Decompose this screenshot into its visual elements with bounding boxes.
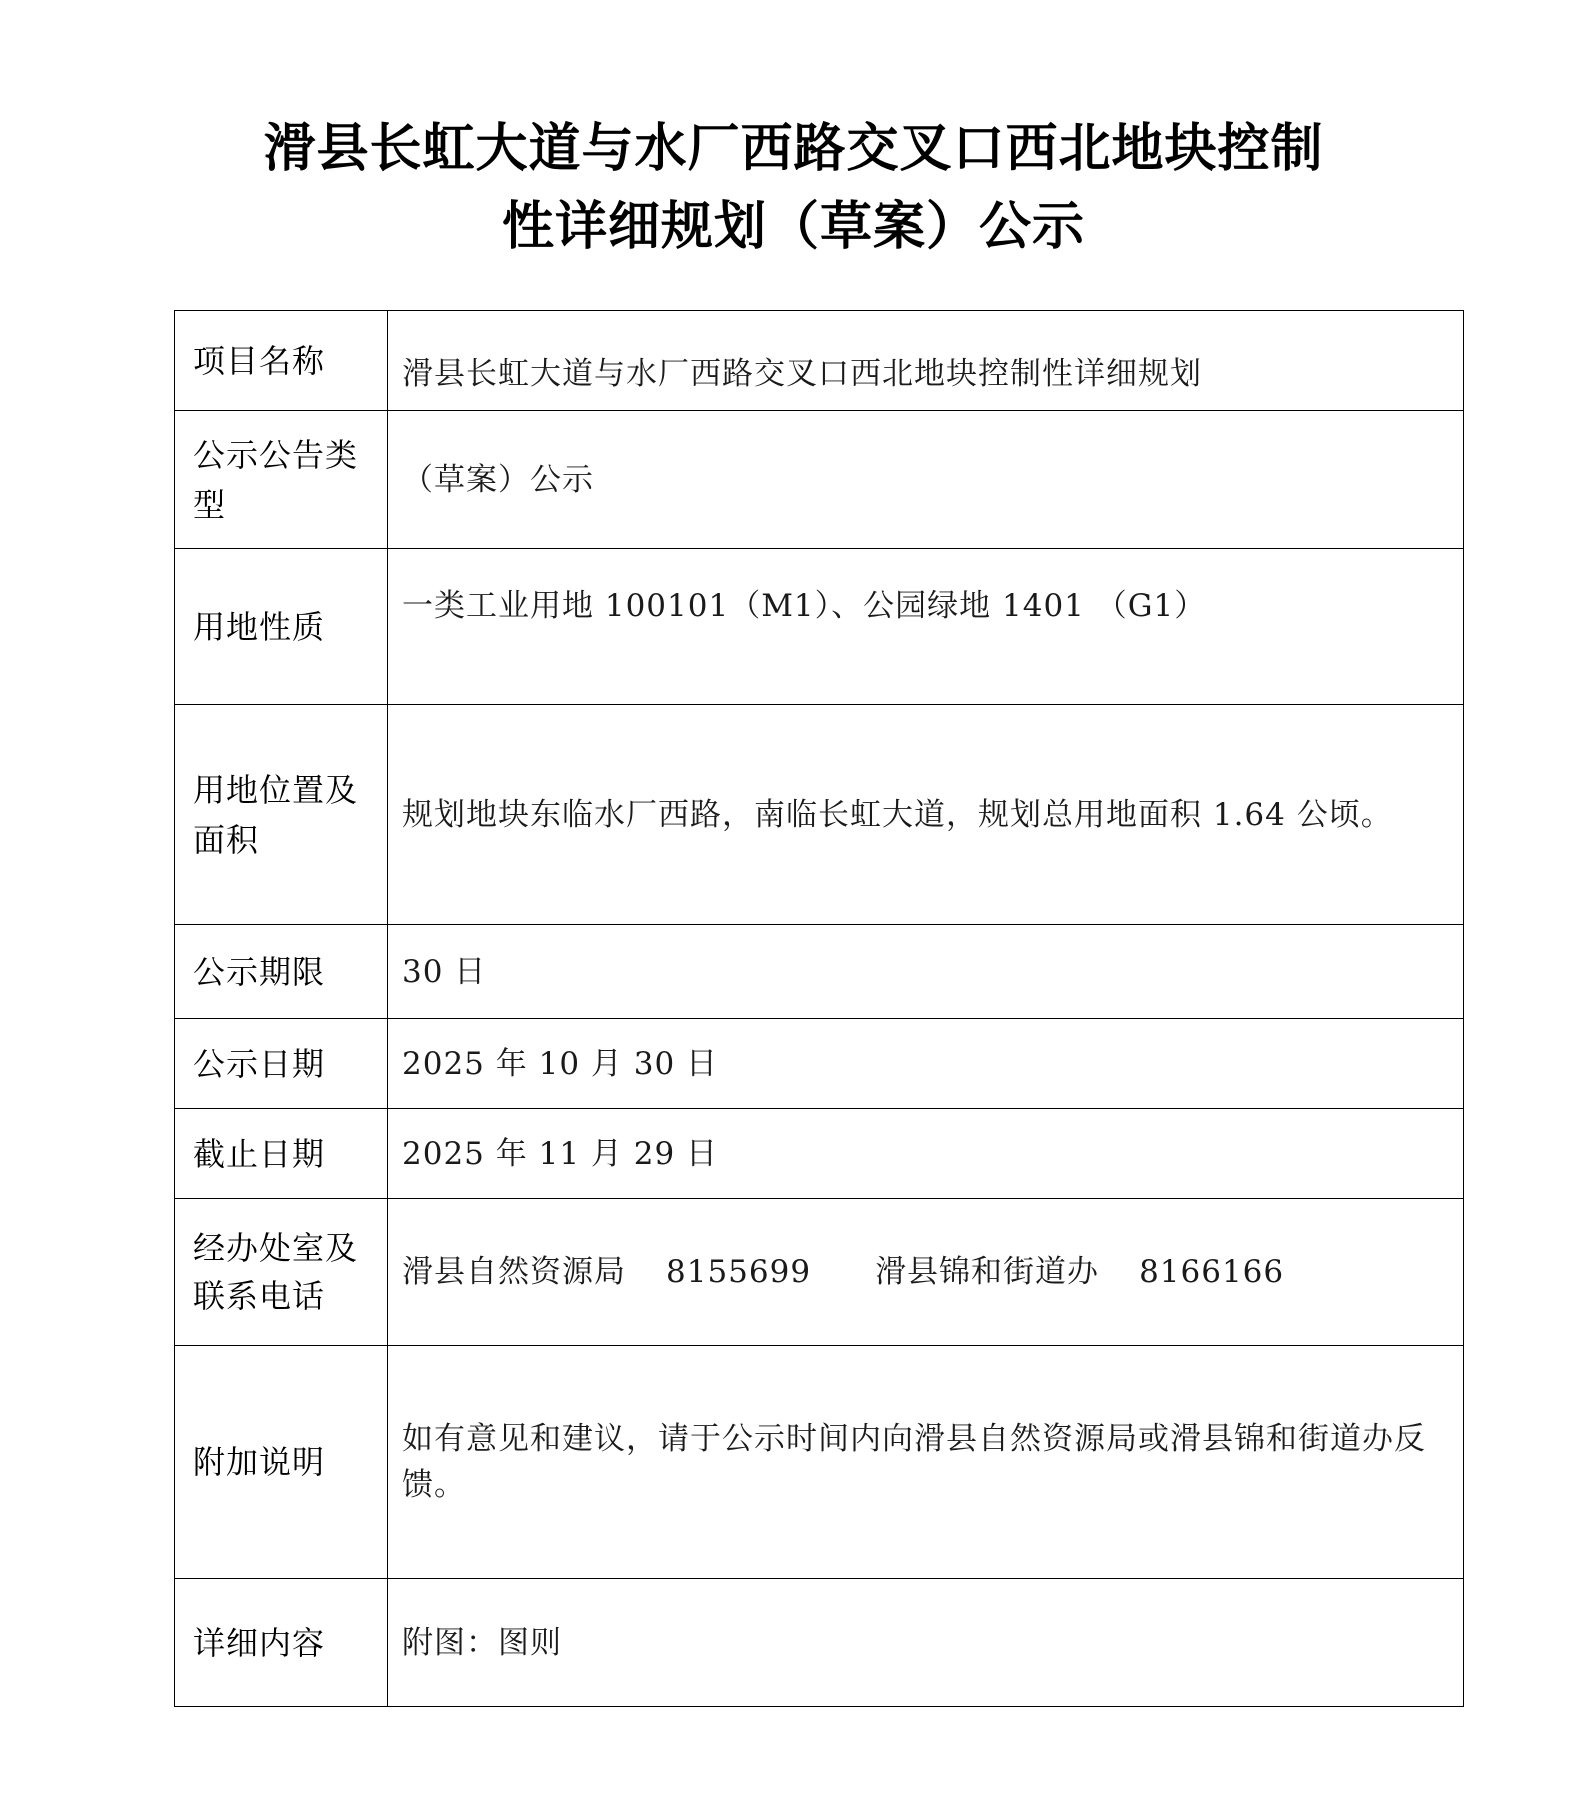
notice-table: 项目名称 滑县长虹大道与水厂西路交叉口西北地块控制性详细规划 公示公告类型 （草… bbox=[174, 310, 1464, 1707]
row-label-start-date: 公示日期 bbox=[175, 1019, 388, 1109]
document-title: 滑县长虹大道与水厂西路交叉口西北地块控制 性详细规划（草案）公示 bbox=[0, 110, 1587, 266]
row-label-notice-type: 公示公告类型 bbox=[175, 411, 388, 549]
row-value-start-date: 2025 年 10 月 30 日 bbox=[388, 1019, 1464, 1109]
row-label-details: 详细内容 bbox=[175, 1579, 388, 1707]
row-value-location-area: 规划地块东临水厂西路，南临长虹大道，规划总用地面积 1.64 公顷。 bbox=[388, 705, 1464, 925]
table-row: 附加说明 如有意见和建议，请于公示时间内向滑县自然资源局或滑县锦和街道办反馈。 bbox=[175, 1346, 1464, 1579]
row-value-notice-type: （草案）公示 bbox=[388, 411, 1464, 549]
title-line-1: 滑县长虹大道与水厂西路交叉口西北地块控制 bbox=[0, 110, 1587, 188]
table-row: 公示期限 30 日 bbox=[175, 925, 1464, 1019]
table-row: 经办处室及联系电话 滑县自然资源局8155699滑县锦和街道办8166166 bbox=[175, 1199, 1464, 1346]
contact-phone-1: 8155699 bbox=[666, 1254, 811, 1290]
contact-org-1: 滑县自然资源局 bbox=[402, 1254, 626, 1290]
title-line-2: 性详细规划（草案）公示 bbox=[0, 188, 1587, 266]
table-row: 公示日期 2025 年 10 月 30 日 bbox=[175, 1019, 1464, 1109]
row-label-end-date: 截止日期 bbox=[175, 1109, 388, 1199]
table-row: 用地位置及面积 规划地块东临水厂西路，南临长虹大道，规划总用地面积 1.64 公… bbox=[175, 705, 1464, 925]
row-label-period: 公示期限 bbox=[175, 925, 388, 1019]
row-label-location-area: 用地位置及面积 bbox=[175, 705, 388, 925]
row-label-project-name: 项目名称 bbox=[175, 311, 388, 411]
row-label-remarks: 附加说明 bbox=[175, 1346, 388, 1579]
row-value-period: 30 日 bbox=[388, 925, 1464, 1019]
row-label-contact: 经办处室及联系电话 bbox=[175, 1199, 388, 1346]
table-row: 项目名称 滑县长虹大道与水厂西路交叉口西北地块控制性详细规划 bbox=[175, 311, 1464, 411]
row-value-contact: 滑县自然资源局8155699滑县锦和街道办8166166 bbox=[388, 1199, 1464, 1346]
row-value-end-date: 2025 年 11 月 29 日 bbox=[388, 1109, 1464, 1199]
table-row: 截止日期 2025 年 11 月 29 日 bbox=[175, 1109, 1464, 1199]
table-row: 详细内容 附图：图则 bbox=[175, 1579, 1464, 1707]
row-label-land-use: 用地性质 bbox=[175, 549, 388, 705]
table-row: 公示公告类型 （草案）公示 bbox=[175, 411, 1464, 549]
row-value-land-use: 一类工业用地 100101（M1）、公园绿地 1401 （G1） bbox=[388, 549, 1464, 705]
table-row: 用地性质 一类工业用地 100101（M1）、公园绿地 1401 （G1） bbox=[175, 549, 1464, 705]
row-value-remarks: 如有意见和建议，请于公示时间内向滑县自然资源局或滑县锦和街道办反馈。 bbox=[388, 1346, 1464, 1579]
contact-org-2: 滑县锦和街道办 bbox=[875, 1254, 1099, 1290]
contact-phone-2: 8166166 bbox=[1139, 1254, 1284, 1290]
row-value-project-name: 滑县长虹大道与水厂西路交叉口西北地块控制性详细规划 bbox=[388, 311, 1464, 411]
row-value-details: 附图：图则 bbox=[388, 1579, 1464, 1707]
